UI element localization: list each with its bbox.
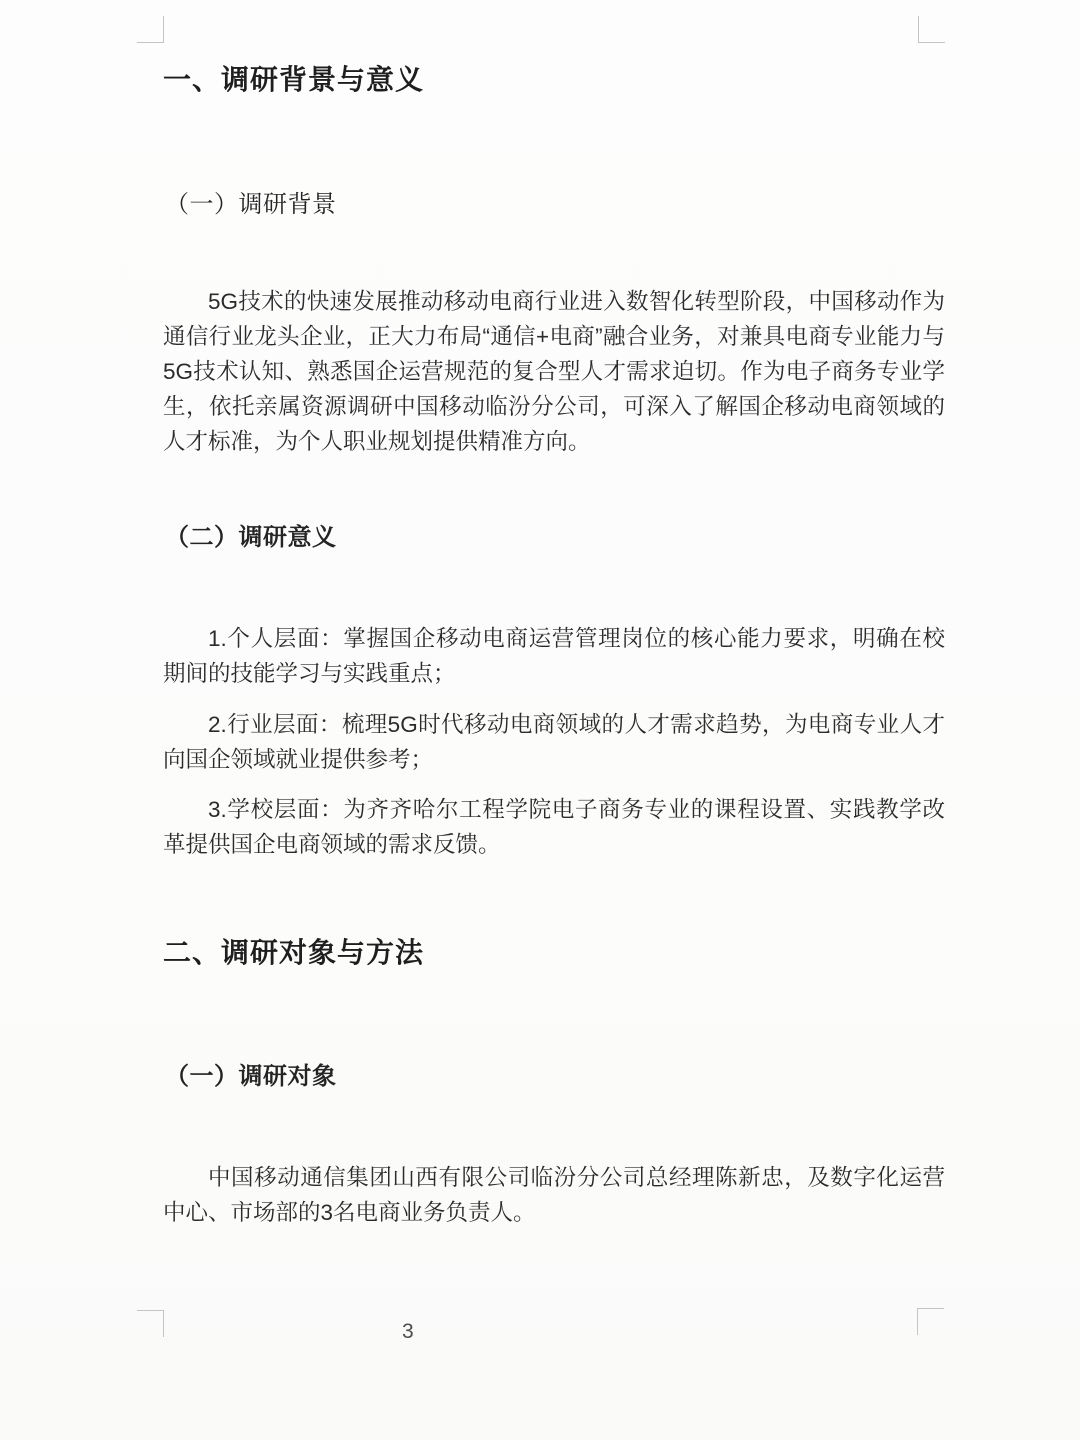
paragraph-research-background: 5G技术的快速发展推动移动电商行业进入数智化转型阶段，中国移动作为通信行业龙头企… — [163, 284, 945, 459]
subsection-1-2-heading: （二）调研意义 — [165, 517, 337, 552]
crop-mark-top-right — [918, 16, 945, 43]
paragraph-significance-personal: 1.个人层面：掌握国企移动电商运营管理岗位的核心能力要求，明确在校期间的技能学习… — [163, 621, 945, 691]
document-page: 一、调研背景与意义 （一）调研背景 5G技术的快速发展推动移动电商行业进入数智化… — [0, 0, 1080, 1440]
section-1-heading: 一、调研背景与意义 — [163, 58, 424, 98]
subsection-2-1-heading: （一）调研对象 — [165, 1056, 337, 1091]
paragraph-significance-school: 3.学校层面：为齐齐哈尔工程学院电子商务专业的课程设置、实践教学改革提供国企电商… — [163, 792, 945, 862]
section-2-heading: 二、调研对象与方法 — [163, 931, 424, 971]
crop-mark-bottom-right — [917, 1308, 944, 1335]
page-number: 3 — [402, 1320, 414, 1344]
paragraph-significance-industry: 2.行业层面：梳理5G时代移动电商领域的人才需求趋势，为电商专业人才向国企领域就… — [163, 707, 945, 777]
crop-mark-top-left — [137, 16, 164, 43]
crop-mark-bottom-left — [137, 1310, 164, 1337]
paragraph-research-subjects: 中国移动通信集团山西有限公司临汾分公司总经理陈新忠，及数字化运营中心、市场部的3… — [163, 1160, 945, 1230]
subsection-1-1-heading: （一）调研背景 — [165, 184, 337, 219]
